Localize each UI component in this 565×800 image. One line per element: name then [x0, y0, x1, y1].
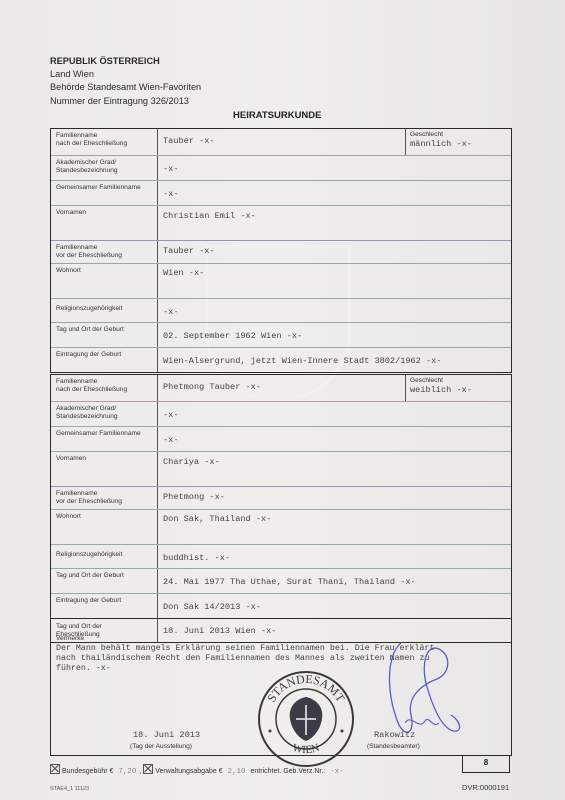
form-id: STAE4_1 11123 [50, 786, 89, 792]
spouse2-gender-cell: Geschlecht weiblich -x- [405, 375, 511, 401]
document-header: REPUBLIK ÖSTERREICH Land Wien Behörde St… [50, 55, 201, 108]
spouse1-surname-after: Tauber -x- [158, 129, 405, 155]
first-names-label: Vornamen [51, 452, 158, 486]
spouse1-birth-registration-row: Eintragung der Geburt Wien-Alsergrund, j… [51, 348, 511, 372]
religion-label: Religionszugehörigkeit [51, 545, 158, 568]
spouse2-gender: weiblich -x- [410, 385, 511, 395]
spouse1-gender: männlich -x- [410, 139, 511, 149]
first-names-label: Vornamen [51, 206, 158, 240]
spouse1-residence-row: Wohnort Wien -x- [51, 264, 511, 299]
issue-date: 18. Juni 2013 [133, 730, 200, 740]
seal-bottom-text: WIEN [291, 742, 321, 757]
page-number: 8 [462, 755, 510, 773]
spouse2-birth-registration: Don Sak 14/2013 -x- [158, 594, 511, 618]
spouse2-surname-before: Phetmong -x- [158, 487, 511, 509]
officer-name: Rakowitz [374, 730, 415, 740]
fee-register-value: -x- [327, 768, 347, 776]
spouse2-surname-after-row: Familiennamenach der Eheschließung Phetm… [51, 375, 511, 402]
remarks-section: Vermerke Der Mann behält mangels Erkläru… [50, 633, 512, 756]
document-title: HEIRATSURKUNDE [233, 110, 322, 121]
spouse1-gender-cell: Geschlecht männlich -x- [405, 129, 511, 155]
spouse2-birth-registration-row: Eintragung der Geburt Don Sak 14/2013 -x… [51, 594, 511, 619]
entry-number: Nummer der Eintragung 326/2013 [50, 95, 201, 108]
dvr-number: DVR:0000191 [462, 783, 509, 792]
officer-label: (Standesbeamter) [367, 743, 420, 750]
spouse1-birth-registration: Wien-Alsergrund, jetzt Wien-Innere Stadt… [158, 348, 511, 372]
residence-label: Wohnort [51, 264, 158, 298]
residence-label: Wohnort [51, 510, 158, 544]
state-name: Land Wien [50, 68, 201, 81]
spouse1-academic: -x- [158, 156, 511, 180]
spouse2-section: Familiennamenach der Eheschließung Phetm… [50, 374, 512, 643]
gender-label: Geschlecht [410, 377, 511, 385]
religion-label: Religionszugehörigkeit [51, 299, 158, 322]
federal-fee-value: 7,20 [115, 768, 139, 776]
common-surname-label: Gemeinsamer Familienname [51, 427, 158, 451]
document-page: REPUBLIK ÖSTERREICH Land Wien Behörde St… [0, 0, 565, 800]
paid-text: entrichtet. Geb.Verz.Nr.: [251, 768, 326, 775]
spouse1-religion-row: Religionszugehörigkeit -x- [51, 299, 511, 323]
spouse1-birth: 02. September 1962 Wien -x- [158, 323, 511, 347]
spouse2-academic-row: Akademischer Grad/Standesbezeichnung -x- [51, 402, 511, 427]
gender-label: Geschlecht [410, 131, 511, 139]
spouse1-surname-after-row: Familiennamenach der Eheschließung Taube… [51, 129, 511, 156]
country-name: REPUBLIK ÖSTERREICH [50, 55, 201, 68]
spouse2-birth: 24. Mai 1977 Tha Uthae, Surat Thani, Tha… [158, 569, 511, 593]
spouse2-surname-before-row: Familiennamevor der Eheschließung Phetmo… [51, 487, 511, 510]
spouse1-common-surname-row: Gemeinsamer Familienname -x- [51, 181, 511, 206]
official-seal-icon: STANDESAMT WIEN [256, 669, 356, 769]
spouse1-academic-row: Akademischer Grad/Standesbezeichnung -x- [51, 156, 511, 181]
spouse1-section: Familiennamenach der Eheschließung Taube… [50, 128, 512, 373]
issue-date-label: (Tag der Ausstellung) [130, 743, 192, 750]
remarks-label: Vermerke [56, 635, 84, 642]
academic-label: Akademischer Grad/Standesbezeichnung [51, 156, 158, 180]
spouse2-birth-row: Tag und Ort der Geburt 24. Mai 1977 Tha … [51, 569, 511, 594]
academic-label: Akademischer Grad/Standesbezeichnung [51, 402, 158, 426]
spouse2-common-surname: -x- [158, 427, 511, 451]
spouse2-common-surname-row: Gemeinsamer Familienname -x- [51, 427, 511, 452]
spouse1-surname-before-row: Familiennamevor der Eheschließung Tauber… [51, 241, 511, 264]
birth-label: Tag und Ort der Geburt [51, 569, 158, 593]
birth-label: Tag und Ort der Geburt [51, 323, 158, 347]
common-surname-label: Gemeinsamer Familienname [51, 181, 158, 205]
spouse2-residence: Don Sak, Thailand -x- [158, 510, 511, 544]
spouse1-residence: Wien -x- [158, 264, 511, 298]
surname-before-label: Familiennamevor der Eheschließung [51, 241, 158, 263]
admin-fee-value: 2,10 [225, 768, 249, 776]
spouse2-religion: buddhist. -x- [158, 545, 511, 568]
spouse2-religion-row: Religionszugehörigkeit buddhist. -x- [51, 545, 511, 569]
birth-registration-label: Eintragung der Geburt [51, 594, 158, 618]
birth-registration-label: Eintragung der Geburt [51, 348, 158, 372]
spouse1-birth-row: Tag und Ort der Geburt 02. September 196… [51, 323, 511, 348]
authority-name: Behörde Standesamt Wien-Favoriten [50, 81, 201, 94]
spouse1-religion: -x- [158, 299, 511, 322]
spouse1-first-names-row: Vornamen Christian Emil -x- [51, 206, 511, 241]
admin-fee-checkbox [143, 764, 153, 774]
spouse1-surname-before: Tauber -x- [158, 241, 511, 263]
surname-after-label: Familiennamenach der Eheschließung [51, 129, 158, 155]
fees-line: Bundesgebühr € 7,20, Verwaltungsabgabe €… [50, 764, 347, 776]
spouse2-surname-after: Phetmong Tauber -x- [158, 375, 405, 401]
svg-text:WIEN: WIEN [291, 742, 321, 757]
federal-fee-checkbox [50, 764, 60, 774]
surname-after-label: Familiennamenach der Eheschließung [51, 375, 158, 401]
spouse1-first-names: Christian Emil -x- [158, 206, 511, 240]
surname-before-label: Familiennamevor der Eheschließung [51, 487, 158, 509]
spouse2-first-names-row: Vornamen Chariya -x- [51, 452, 511, 487]
spouse2-first-names: Chariya -x- [158, 452, 511, 486]
officer-signature-icon [381, 635, 471, 745]
spouse2-academic: -x- [158, 402, 511, 426]
spouse1-common-surname: -x- [158, 181, 511, 205]
spouse2-residence-row: Wohnort Don Sak, Thailand -x- [51, 510, 511, 545]
